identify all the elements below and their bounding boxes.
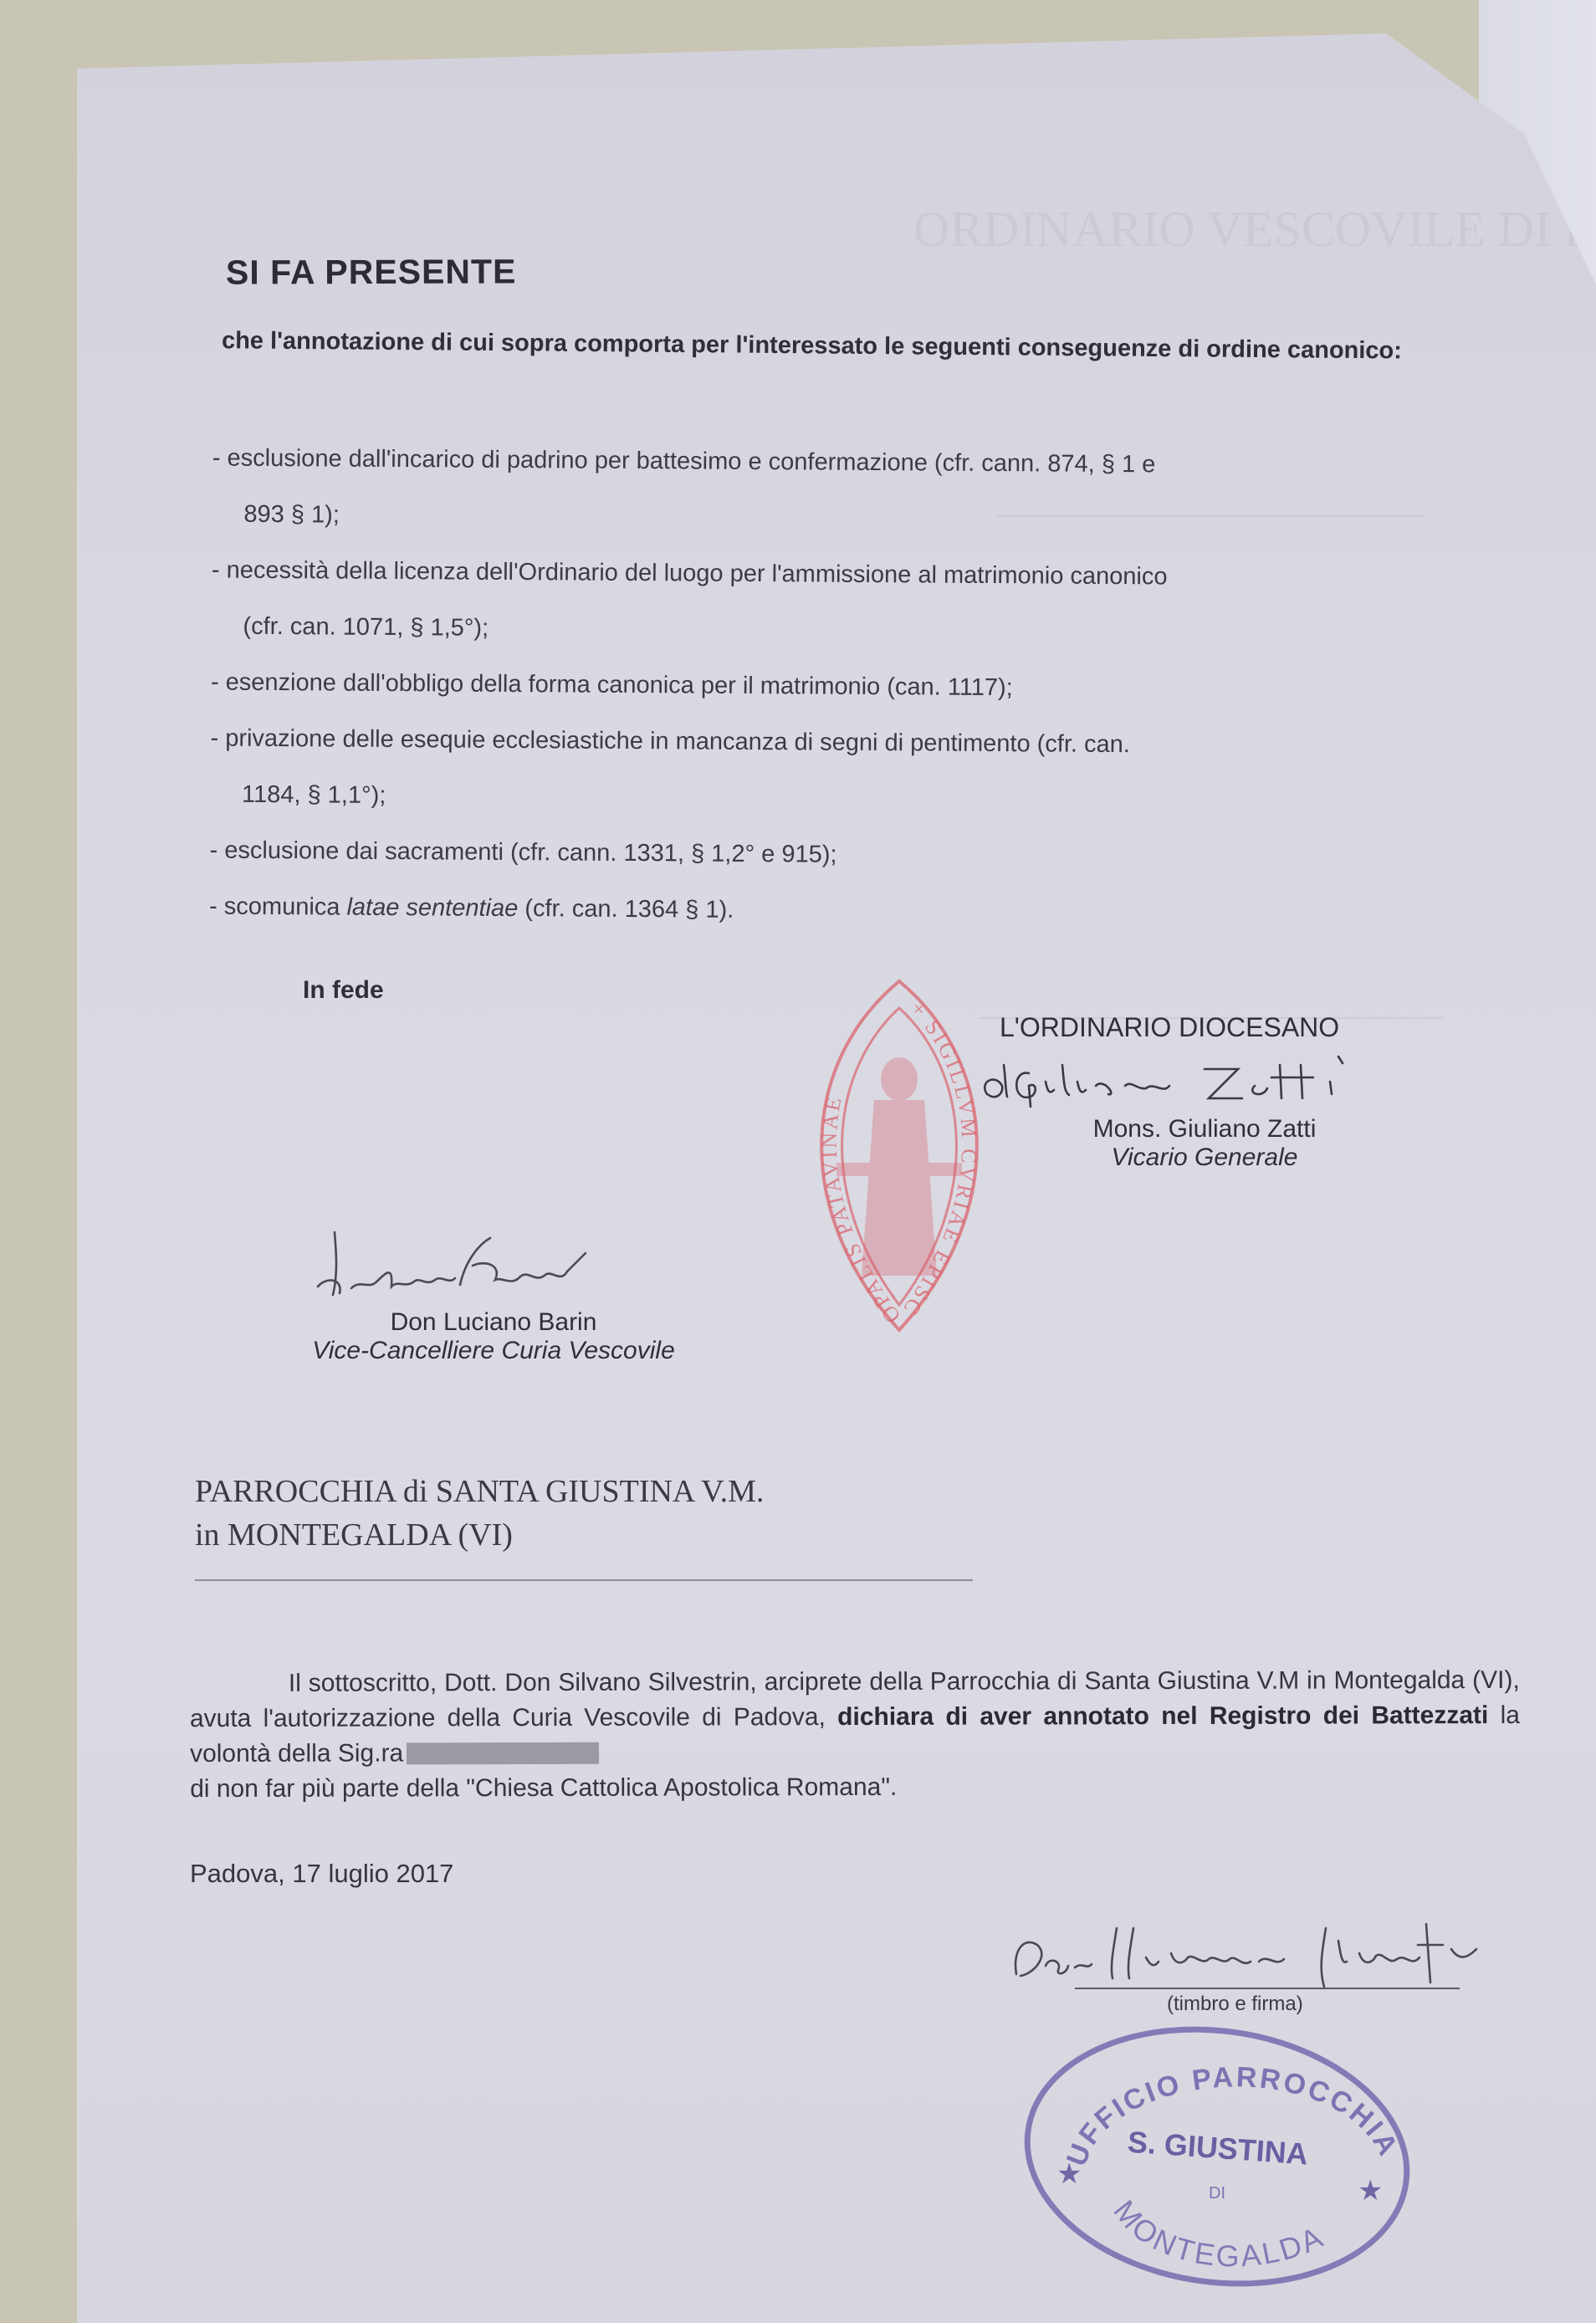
- star-icon: ★: [1056, 2158, 1082, 2190]
- parish-location: in MONTEGALDA (VI): [195, 1513, 764, 1557]
- list-item: - necessità della licenza dell'Ordinario…: [211, 542, 1533, 663]
- handwritten-signature: [301, 1228, 652, 1303]
- consequences-list: - esclusione dall'incarico di padrino pe…: [209, 430, 1534, 944]
- declaration-paragraph: Il sottoscritto, Dott. Don Silvano Silve…: [190, 1663, 1520, 1807]
- in-fede-label: In fede: [303, 976, 384, 1005]
- list-item: - esenzione dall'obbligo della forma can…: [211, 654, 1532, 719]
- stamp-caption: (timbro e firma): [1167, 1993, 1303, 2016]
- parish-office-stamp: UFFICIO PARROCCHIALE S. GIUSTINA DI MONT…: [1016, 2016, 1418, 2292]
- signature-line: [1075, 1988, 1460, 1989]
- list-item: - privazione delle esequie ecclesiastich…: [210, 710, 1532, 831]
- svg-text:S. GIUSTINA: S. GIUSTINA: [1127, 2125, 1309, 2172]
- list-item: - scomunica latae sententiae (cfr. can. …: [209, 878, 1531, 944]
- office-title: L'ORDINARIO DIOCESANO: [1000, 1012, 1439, 1043]
- svg-text:MONTEGALDA: MONTEGALDA: [1107, 2193, 1329, 2273]
- signatory-role: Vice-Cancelliere Curia Vescovile: [251, 1337, 736, 1365]
- star-icon: ★: [1358, 2175, 1383, 2207]
- parish-name: PARROCCHIA di SANTA GIUSTINA V.M.: [195, 1470, 764, 1513]
- divider: [195, 1579, 973, 1581]
- handwritten-signature: [1008, 1916, 1593, 1999]
- redacted-name: [407, 1742, 599, 1765]
- list-item: - esclusione dai sacramenti (cfr. cann. …: [209, 822, 1531, 888]
- bleed-through-text: ORDINARIO VESCOVILE DI PADOVA: [913, 201, 1596, 258]
- section-heading: SI FA PRESENTE: [226, 252, 517, 292]
- signatory-name: Don Luciano Barin: [251, 1308, 736, 1337]
- signatory-right: L'ORDINARIO DIOCESANO Mons. Giuliano Zat…: [970, 1012, 1439, 1172]
- signatory-role: Vicario Generale: [970, 1144, 1439, 1172]
- handwritten-signature: [970, 1048, 1405, 1115]
- signatory-left: Don Luciano Barin Vice-Cancelliere Curia…: [251, 1228, 736, 1365]
- svg-text:DI: DI: [1209, 2184, 1225, 2203]
- signatory-name: Mons. Giuliano Zatti: [970, 1115, 1439, 1144]
- list-item: - esclusione dall'incarico di padrino pe…: [212, 430, 1534, 551]
- place-date: Padova, 17 luglio 2017: [190, 1859, 453, 1889]
- parish-header: PARROCCHIA di SANTA GIUSTINA V.M. in MON…: [195, 1470, 764, 1557]
